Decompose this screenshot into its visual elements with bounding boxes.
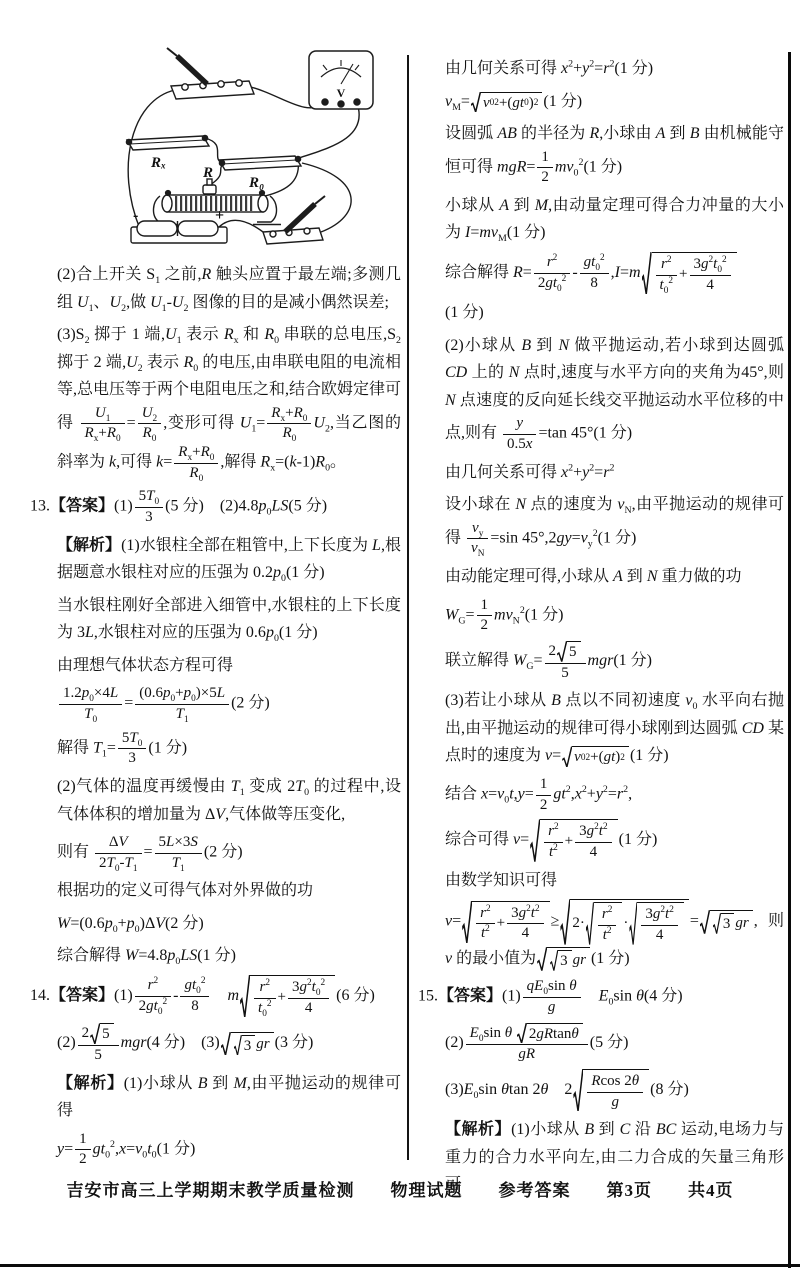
rheostat-slider: [203, 185, 216, 194]
text-line: 14.【答案】(1)r22gt02-gt028 mr2t02+3g2t024(6…: [57, 975, 401, 1017]
text-line: 联立解得 WG=255mgr(1 分): [445, 640, 784, 682]
text-line: 由动能定理可得,小球从 A 到 N 重力做的功: [445, 563, 784, 591]
text-line: 根据功的定义可得气体对外界做的功: [57, 877, 401, 905]
text-line: 由理想气体状态方程可得: [57, 652, 401, 680]
rx-label: Rₓ: [150, 155, 166, 171]
text-line: 综合可得 v=r2t2+3g2t24(1 分): [445, 819, 784, 861]
text-line: W=(0.6p0+p0)ΔV(2 分): [57, 910, 401, 938]
text-line: (3)S2 掷于 1 端,U1 表示 Rx 和 R0 串联的总电压,S2 掷于 …: [57, 321, 401, 482]
switch-lever: [285, 204, 315, 232]
right-column-lines: 由几何关系可得 x2+y2=r2(1 分)vM=v02+(gt0)2(1 分)设…: [445, 55, 784, 1199]
text-line: 由几何关系可得 x2+y2=r2(1 分): [445, 55, 784, 83]
text-line: 解得 T1=5T03(1 分): [57, 729, 401, 768]
text-line: (2)气体的温度再缓慢由 T1 变成 2T0 的过程中,设气体体积的增加量为 Δ…: [57, 773, 401, 828]
document-page: V Rₓ R₀ R: [0, 0, 800, 1285]
text-line: 则有 ΔV2T0-T1=5L×3ST1(2 分): [57, 833, 401, 872]
knife-switch-top: [167, 48, 254, 99]
column-divider: [407, 55, 409, 1160]
text-line: 15.【答案】(1)qE0sin θg E0sin θ(4 分): [445, 977, 784, 1016]
right-column: 由几何关系可得 x2+y2=r2(1 分)vM=v02+(gt0)2(1 分)设…: [445, 50, 784, 1204]
battery-minus-label: -: [133, 207, 138, 224]
voltmeter: V: [309, 51, 373, 109]
text-line: 当水银柱刚好全部进入细管中,水银柱的上下长度为 3L,水银柱对应的压强为 0.6…: [57, 592, 401, 647]
text-line: WG=12mvN2(1 分): [445, 596, 784, 635]
text-line: y=12gt02,x=v0t0(1 分): [57, 1130, 401, 1169]
battery-plus-label: +: [215, 207, 224, 224]
resistor-rx: Rₓ: [126, 135, 209, 171]
text-line: v=r2t2+3g2t24≥2·r2t2·3g2t24=3gr,则 v 的最小值…: [445, 899, 784, 972]
text-line: 综合解得 W=4.8p0LS(1 分): [57, 942, 401, 970]
text-line: 设圆弧 AB 的半径为 R,小球由 A 到 B 由机械能守恒可得 mgR=12m…: [445, 120, 784, 187]
text-line: (2)合上开关 S1 之前,R 触头应置于最左端;多测几组 U1、U2,做 U1…: [57, 261, 401, 316]
text-line: (1 分): [445, 299, 784, 327]
text-line: 13.【答案】(1)5T03(5 分) (2)4.8p0LS(5 分): [57, 487, 401, 526]
text-line: vM=v02+(gt0)2(1 分): [445, 88, 784, 116]
r0-label: R₀: [248, 175, 264, 191]
text-line: 综合解得 R=r22gt02-gt028,I=mr2t02+3g2t024: [445, 252, 784, 294]
scan-edge-bottom: [0, 1264, 800, 1267]
page-footer: 吉安市高三上学期期末教学质量检测 物理试题 参考答案 第3页 共4页: [0, 1176, 800, 1201]
switch-lever: [177, 56, 207, 84]
text-line: (3)若让小球从 B 点以不同初速度 v0 水平向右抛出,由平抛运动的规律可得小…: [445, 687, 784, 770]
text-line: 由几何关系可得 x2+y2=r2: [445, 459, 784, 487]
left-column-lines: (2)合上开关 S1 之前,R 触头应置于最左端;多测几组 U1、U2,做 U1…: [57, 261, 401, 1169]
text-line: 设小球在 N 点的速度为 vN,由平抛运动的规律可得 vyvN=sin 45°,…: [445, 491, 784, 558]
text-line: (2)255mgr(4 分) (3)3gr(3 分): [57, 1022, 401, 1064]
text-line: 小球从 A 到 M,由动量定理可得合力冲量的大小为 I=mvM(1 分): [445, 192, 784, 247]
circuit-diagram: V Rₓ R₀ R: [115, 46, 397, 251]
left-column: V Rₓ R₀ R: [57, 46, 401, 1174]
text-line: (3)E0sin θtan 2θ 2Rcos 2θg(8 分): [445, 1069, 784, 1111]
voltmeter-label: V: [337, 86, 346, 100]
text-line: 【解析】(1)小球从 B 到 M,由平抛运动的规律可得: [57, 1070, 401, 1125]
text-line: (2)小球从 B 到 N 做平抛运动,若小球到达圆弧 CD 上的 N 点时,速度…: [445, 332, 784, 454]
text-line: 【解析】(1)水银柱全部在粗管中,上下长度为 L,根据题意水银柱对应的压强为 0…: [57, 532, 401, 587]
text-line: (2)E0sin θ 2gR tan θgR(5 分): [445, 1022, 784, 1064]
scan-edge-right: [788, 52, 791, 1268]
text-line: 1.2p0×4LT0=(0.6p0+p0)×5LT1(2 分): [57, 684, 401, 723]
text-line: 由数学知识可得: [445, 867, 784, 895]
text-line: 结合 x=v0t,y=12gt2,x2+y2=r2,: [445, 775, 784, 814]
